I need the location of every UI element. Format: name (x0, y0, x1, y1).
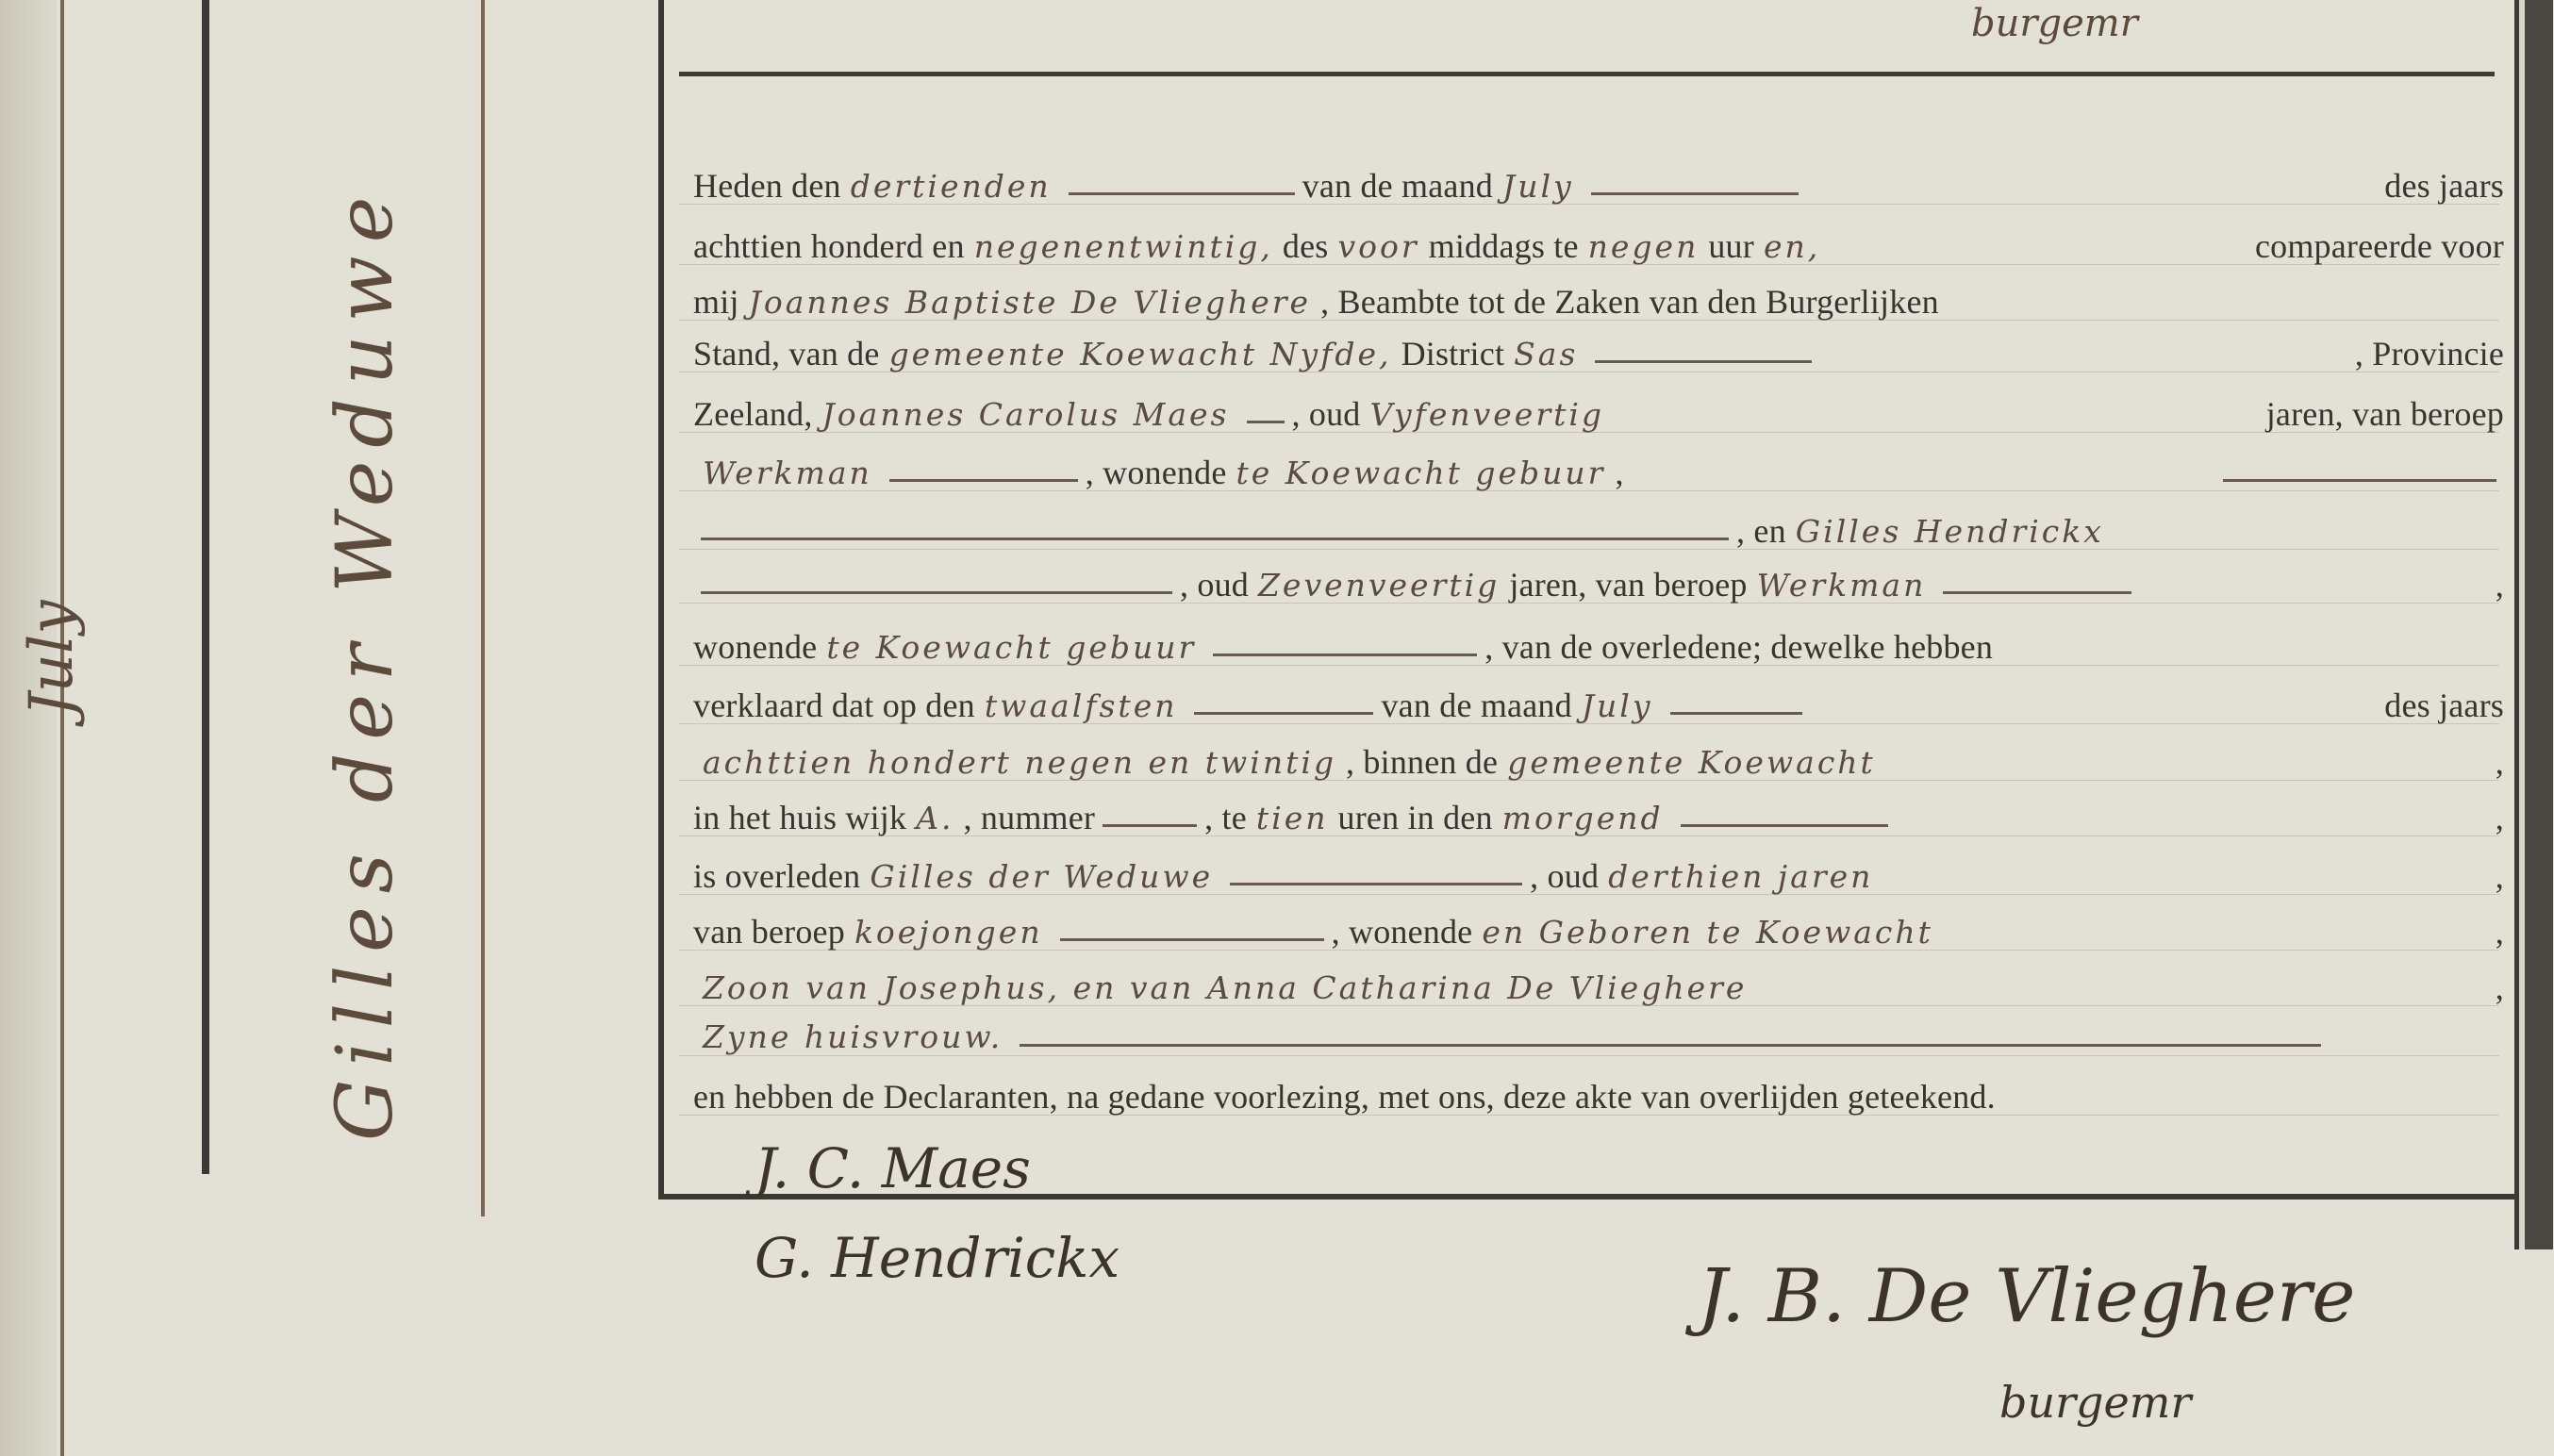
section-divider-rule (679, 72, 2495, 76)
printed-text: van de maand (1381, 682, 1571, 729)
handwritten-entry: Joannes Carolus Maes (813, 391, 1239, 438)
handwritten-entry: negenentwintig, (965, 223, 1283, 271)
handwritten-entry: July (1572, 683, 1663, 730)
printed-text: van de maand (1302, 162, 1493, 209)
printed-text: is overleden (693, 852, 860, 900)
handwritten-entry: A. (906, 795, 963, 842)
record-line: en hebben de Declaranten, na gedane voor… (693, 1073, 2504, 1120)
printed-text: Zeeland, (693, 390, 813, 438)
handwritten-entry: twaalfsten (975, 683, 1187, 730)
printed-text: wonende (693, 623, 817, 670)
handwritten-entry: te Koewacht gebuur (817, 624, 1205, 671)
record-line: , en Gilles Hendrickx (693, 507, 2504, 554)
printed-text: , (2496, 908, 2504, 955)
printed-text: , (2496, 561, 2504, 608)
printed-text: , en (1736, 507, 1786, 554)
record-line: Stand, van de gemeente Koewacht Nyfde,Di… (693, 330, 2504, 377)
handwritten-entry: Joannes Baptiste De Vlieghere (739, 279, 1320, 326)
record-line: , oud Zevenveertigjaren, van beroep Werk… (693, 561, 2504, 608)
printed-text: , oud (1530, 852, 1599, 900)
page-binding-shadow (0, 0, 57, 1456)
handwritten-entry: gemeente Koewacht Nyfde, (880, 331, 1401, 378)
record-line: is overleden Gilles der Weduwe, oud dert… (693, 852, 2504, 900)
printed-text: , (2496, 852, 2504, 900)
printed-text: , van de overledene; dewelke hebben (1484, 623, 1993, 670)
handwritten-entry: Zevenveertig (1249, 562, 1509, 609)
record-line: Zeeland, Joannes Carolus Maes, oud Vyfen… (693, 390, 2504, 438)
printed-text: , te (1204, 794, 1247, 841)
handwritten-entry: gemeente Koewacht (1498, 739, 1885, 786)
handwritten-entry: koejongen (845, 909, 1053, 956)
handwritten-entry: Zoon van Josephus, en van Anna Catharina… (693, 965, 1756, 1012)
handwritten-entry: en, (1754, 223, 1830, 271)
fill-in-blank-line (1591, 192, 1799, 195)
record-line: van beroep koejongen, wonende en Geboren… (693, 908, 2504, 955)
printed-text: Heden den (693, 162, 841, 209)
printed-text: mij (693, 278, 739, 325)
handwritten-entry: en Geboren te Koewacht (1472, 909, 1943, 956)
handwritten-entry: July (1493, 163, 1584, 210)
printed-text: , oud (1180, 561, 1249, 608)
handwritten-entry: derthien jaren (1599, 853, 1882, 901)
previous-record-signature-fragment: burgemr (1971, 2, 2138, 45)
printed-text: , (2496, 964, 2504, 1011)
printed-text: , wonende (1332, 908, 1473, 955)
printed-text: Stand, van de (693, 330, 880, 377)
printed-text: jaren, van beroep (2266, 390, 2504, 438)
handwritten-entry: Zyne huisvrouw. (693, 1014, 1012, 1061)
fill-in-blank-line (1103, 824, 1197, 827)
fill-in-blank-line (1247, 421, 1285, 423)
signature-declarant-2: G. Hendrickx (755, 1226, 1119, 1290)
handwritten-entry: tien (1247, 795, 1338, 842)
printed-text: des jaars (2384, 162, 2504, 209)
margin-deceased-name: Gilles der Weduwe (321, 184, 410, 1141)
printed-text: , binnen de (1346, 738, 1498, 786)
fill-in-blank-line (1595, 360, 1812, 363)
fill-in-blank-line (1020, 1044, 2321, 1047)
printed-text: , Provincie (2355, 330, 2504, 377)
fill-in-blank-line (1670, 712, 1802, 715)
margin-rule-inner (481, 0, 485, 1216)
margin-rule-dark (202, 0, 209, 1174)
official-title: burgemr (1999, 1377, 2191, 1428)
handwritten-entry: achttien hondert negen en twintig (693, 739, 1346, 786)
handwritten-entry: voor (1329, 223, 1429, 271)
fill-in-blank-line (701, 591, 1172, 594)
printed-text: middags te (1429, 223, 1579, 270)
printed-text: jaren, van beroep (1509, 561, 1747, 608)
printed-text: uren in den (1338, 794, 1493, 841)
signature-declarant-1: J. C. Maes (755, 1136, 1031, 1200)
record-line: Werkman, wonende te Koewacht gebuur, (693, 449, 2504, 496)
handwritten-entry: Gilles Hendrickx (1786, 508, 2114, 555)
record-line: achttien hondert negen en twintig, binne… (693, 738, 2504, 786)
record-line: wonende te Koewacht gebuur, van de overl… (693, 623, 2504, 670)
printed-text: , (2496, 738, 2504, 786)
printed-text: des (1283, 223, 1329, 270)
signature-official: J. B. De Vlieghere (1698, 1254, 2355, 1339)
printed-text: en hebben de Declaranten, na gedane voor… (693, 1073, 1996, 1120)
printed-text: verklaard dat op den (693, 682, 975, 729)
fill-in-blank-line (701, 538, 1729, 540)
printed-text: , wonende (1086, 449, 1227, 496)
handwritten-entry: te Koewacht gebuur (1227, 450, 1616, 497)
printed-text: compareerde voor (2255, 223, 2504, 270)
record-line: Zyne huisvrouw. (693, 1014, 2504, 1061)
handwritten-entry: dertienden (841, 163, 1061, 210)
fill-in-blank-line (1069, 192, 1295, 195)
handwritten-entry: Werkman (693, 450, 882, 497)
printed-text: in het huis wijk (693, 794, 906, 841)
handwritten-entry: Sas (1504, 331, 1587, 378)
printed-text: , (1615, 449, 1623, 496)
handwritten-entry: morgend (1493, 795, 1673, 842)
printed-text: , oud (1292, 390, 1361, 438)
printed-text: , Beambte tot de Zaken van den Burgerlij… (1320, 278, 1939, 325)
printed-text: District (1401, 330, 1505, 377)
record-frame-right-border (2514, 0, 2553, 1249)
margin-rule-outer (60, 0, 64, 1456)
printed-text: , nummer (964, 794, 1096, 841)
fill-in-blank-line (1943, 591, 2131, 594)
record-line: achttien honderd en negenentwintig,des v… (693, 223, 2504, 270)
fill-in-blank-line (1194, 712, 1373, 715)
record-line: mij Joannes Baptiste De Vlieghere, Beamb… (693, 278, 2504, 325)
printed-text: des jaars (2384, 682, 2504, 729)
record-line: verklaard dat op den twaalfstenvan de ma… (693, 682, 2504, 729)
fill-in-blank-line (1213, 654, 1477, 656)
fill-in-blank-line (1230, 883, 1522, 885)
handwritten-entry: Vyfenveertig (1361, 391, 1615, 438)
record-line: Zoon van Josephus, en van Anna Catharina… (693, 964, 2504, 1011)
handwritten-entry: negen (1579, 223, 1709, 271)
record-line: in het huis wijk A., nummer , te tienure… (693, 794, 2504, 841)
record-line: Heden den dertiendenvan de maand Julydes… (693, 162, 2504, 209)
printed-text: achttien honderd en (693, 223, 965, 270)
printed-text: uur (1708, 223, 1754, 270)
margin-month-note: July (17, 601, 87, 718)
printed-text: van beroep (693, 908, 845, 955)
fill-in-blank-line (1060, 938, 1324, 941)
fill-in-blank-line (889, 479, 1078, 482)
handwritten-entry: Gilles der Weduwe (860, 853, 1222, 901)
printed-text: , (2496, 794, 2504, 841)
handwritten-entry: Werkman (1748, 562, 1936, 609)
fill-in-blank-line (1681, 824, 1888, 827)
fill-in-blank-line (2223, 479, 2496, 482)
